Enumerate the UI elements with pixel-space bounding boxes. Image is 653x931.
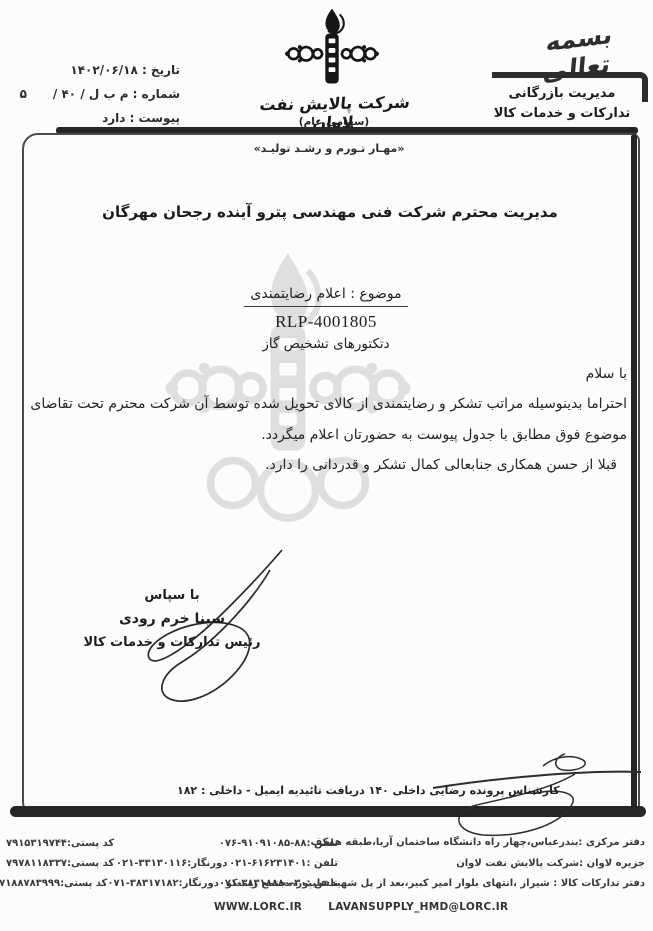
contact-row-2: تلفن :۰۲۱-۶۱۶۲۳۱۴۰۱ دورنگار:۰۲۱-۳۳۱۳۰۱۱۶… [6, 858, 338, 869]
meta-number-suffix: ۵ [20, 82, 27, 106]
email-address: LAVANSUPPLY_HMD@LORC.IR [328, 901, 508, 913]
right-frame-rule [631, 134, 637, 810]
phone-label: تلفن : [306, 858, 338, 869]
department-line1: مدیریت بازرگانی [486, 84, 638, 104]
address-central-office: دفتر مرکزی :بندرعباس،چهار راه دانشگاه سا… [315, 837, 645, 848]
phone-entry: تلفن :۰۷۶-۹۱۰۹۱۰۸۵-۸۸ [219, 838, 338, 849]
body-line-3: قبلا از حسن همکاری جنابعالی کمال تشکر و … [30, 457, 627, 473]
salutation: با سلام [30, 366, 627, 382]
address-procurement-office: دفتر تدارکات کالا : شیراز ،انتهای بلوار … [315, 878, 645, 889]
phone-entry: تلفن :۰۲۱-۶۱۶۲۳۱۴۰۱ [229, 858, 338, 869]
postal-label: کد پستی: [67, 838, 114, 849]
postal-label: کد پستی: [60, 878, 107, 889]
postal-value: ۷۱۸۸۷۸۳۹۹۹ [0, 878, 60, 889]
body-line-1: احتراما بدینوسیله مراتب تشکر و رضایتمندی… [30, 396, 627, 412]
request-code: RLP-4001805 [176, 312, 476, 332]
address-lavan-island: جزیره لاوان :شرکت پالایش نفت لاوان [315, 858, 645, 869]
postal-entry: کد پستی:۷۹۱۵۳۱۹۷۴۴ [6, 838, 114, 849]
company-logo-torch-icon [284, 6, 380, 92]
year-slogan: «مهـار تـورم و رشـد تولیـد» [22, 142, 636, 155]
signature-scribble [100, 542, 290, 712]
phone-value: ۰۷۱-۳۸۳۱۸۸۸۰-۳۰ [219, 878, 307, 889]
postal-entry: کد پستی:۷۱۸۸۷۸۳۹۹۹ [0, 878, 107, 889]
meta-date: تاریخ : ۱۴۰۲/۰۶/۱۸ [8, 58, 180, 82]
phone-value: ۰۷۶-۹۱۰۹۱۰۸۵-۸۸ [219, 838, 307, 849]
postal-label: کد پستی: [67, 858, 114, 869]
fax-entry: دورنگار:۰۷۱-۳۸۳۱۷۱۸۲ [107, 878, 218, 889]
letter-meta: تاریخ : ۱۴۰۲/۰۶/۱۸ شماره : م ب ل / ۴۰ / … [8, 58, 180, 130]
signature-thanks: با سپاس [62, 588, 282, 603]
phone-label: تلفن : [306, 838, 338, 849]
postal-value: ۷۹۷۸۱۱۸۳۳۷ [6, 858, 67, 869]
fax-label: دورنگار: [187, 858, 227, 869]
fax-value: ۰۷۱-۳۸۳۱۷۱۸۲ [107, 878, 178, 889]
handling-note: کارشناس پرونده رضایی داخلی ۱۴۰ دریافت تا… [177, 784, 637, 797]
postal-value: ۷۹۱۵۳۱۹۷۴۴ [6, 838, 67, 849]
item-name: دتکتورهای تشخیص گاز [176, 336, 476, 352]
web-contact-line: WWW.LORC.IR LAVANSUPPLY_HMD@LORC.IR [214, 901, 508, 913]
phone-value: ۰۲۱-۶۱۶۲۳۱۴۰۱ [229, 858, 306, 869]
phone-label: تلفن : [306, 878, 338, 889]
postal-entry: کد پستی:۷۹۷۸۱۱۸۳۳۷ [6, 858, 114, 869]
subject-line: موضوع : اعلام رضایتمندی [176, 286, 476, 307]
contact-row-3: تلفن :۰۷۱-۳۸۳۱۸۸۸۰-۳۰ دورنگار:۰۷۱-۳۸۳۱۷۱… [6, 878, 338, 889]
letter-body-frame [22, 133, 640, 816]
department-title: مدیریت بازرگانی تدارکات و خدمات کالا [486, 84, 638, 124]
website-url: WWW.LORC.IR [214, 901, 302, 913]
signatory-name: سینا خرم رودی [62, 611, 282, 627]
meta-number: شماره : م ب ل / ۴۰ / ۵ [8, 82, 180, 106]
contact-row-1: تلفن :۰۷۶-۹۱۰۹۱۰۸۵-۸۸ کد پستی:۷۹۱۵۳۱۹۷۴۴ [6, 838, 338, 849]
fax-value: ۰۲۱-۳۳۱۳۰۱۱۶ [116, 858, 187, 869]
body-line-2: موضوع فوق مطابق با جدول پیوست به حضورتان… [30, 427, 627, 443]
department-line2: تدارکات و خدمات کالا [486, 104, 638, 124]
phone-entry: تلفن :۰۷۱-۳۸۳۱۸۸۸۰-۳۰ [219, 878, 338, 889]
fax-label: دورنگار: [179, 878, 219, 889]
signatory-title: رئیس تدارکات و خدمات کالا [62, 635, 282, 650]
recipient-line: مدیریت محترم شرکت فنی مهندسی پترو آینده … [70, 203, 590, 221]
fax-entry: دورنگار:۰۲۱-۳۳۱۳۰۱۱۶ [116, 858, 227, 869]
scanned-letter-page: تاریخ : ۱۴۰۲/۰۶/۱۸ شماره : م ب ل / ۴۰ / … [0, 0, 653, 931]
